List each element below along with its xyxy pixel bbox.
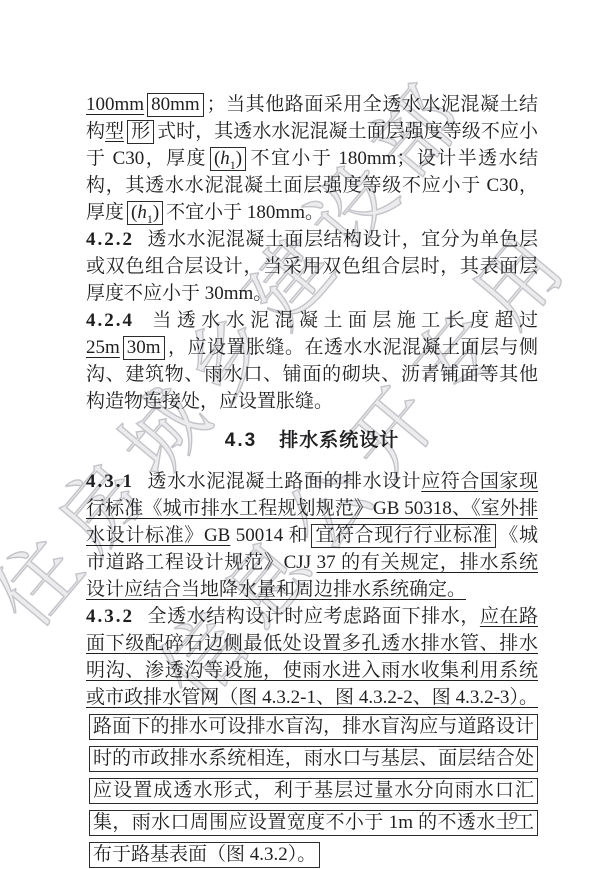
clause-421-continuation: 100mm80mm；当其他路面采用全透水水泥混凝土结构型形式时，其透水水泥混凝土… — [86, 91, 538, 226]
boxed-formula-h1: (h1) — [210, 147, 246, 171]
section-heading: 4.3排水系统设计 — [86, 427, 538, 454]
boxed-revision-text: 形 — [127, 120, 154, 144]
formula-paren: ) — [153, 202, 159, 223]
formula-variable: h — [137, 202, 147, 223]
clause-text: 当透水水泥混凝土面层施工长度超过 — [147, 310, 538, 331]
page-number: 9 — [498, 808, 528, 829]
formula-paren: ) — [236, 148, 242, 169]
boxed-revision-text-multiline: 路面下的排水可设排水盲沟，排水盲沟应与道路设计时的市政排水系统相连，雨水口与基层… — [89, 714, 538, 868]
clause-424: 4.2.4当透水水泥混凝土面层施工长度超过25m30m，应设置胀缝。在透水水泥混… — [86, 307, 538, 415]
document-content: 100mm80mm；当其他路面采用全透水水泥混凝土结构型形式时，其透水水泥混凝土… — [86, 91, 538, 869]
clause-text: 50014 和 — [230, 525, 308, 546]
clause-422: 4.2.2透水水泥混凝土面层结构设计，宜分为单色层或双色组合层设计，当采用双色组… — [86, 226, 538, 307]
section-title: 排水系统设计 — [279, 430, 399, 451]
clause-431: 4.3.1透水水泥混凝土路面的排水设计应符合国家现行标准《城市排水工程规划规范》… — [86, 468, 538, 603]
clause-text: 全透水结构设计时应考虑路面下排水， — [147, 606, 480, 627]
clause-432: 4.3.2全透水结构设计时应考虑路面下排水，应在路面下级配碎石边侧最低处设置多孔… — [86, 603, 538, 869]
clause-number: 4.2.4 — [86, 310, 134, 331]
clause-number: 4.2.2 — [86, 229, 134, 250]
boxed-revision-text: 80mm — [147, 93, 204, 117]
boxed-formula-h1: (h1) — [127, 201, 163, 225]
boxed-revision-text: 宜符合现行行业标准 — [311, 524, 496, 548]
clause-number: 4.3.1 — [86, 471, 134, 492]
formula-variable: h — [220, 148, 230, 169]
clause-number: 4.3.2 — [86, 606, 134, 627]
underlined-revision-text: 型 — [105, 121, 124, 142]
clause-text: 透水水泥混凝土路面的排水设计 — [147, 471, 421, 492]
boxed-revision-text: 30m — [123, 336, 165, 360]
clause-text: 透水水泥混凝土面层结构设计，宜分为单色层或双色组合层设计，当采用双色组合层时，其… — [86, 229, 538, 304]
underlined-revision-text: 100mm — [86, 94, 144, 115]
clause-text: 不宜小于 180mm。 — [166, 202, 324, 223]
underlined-revision-text: 25m — [86, 337, 120, 358]
section-number: 4.3 — [225, 430, 257, 451]
document-page: 住房城乡建设部 信息公开专用 100mm80mm；当其他路面采用全透水水泥混凝土… — [0, 0, 600, 869]
